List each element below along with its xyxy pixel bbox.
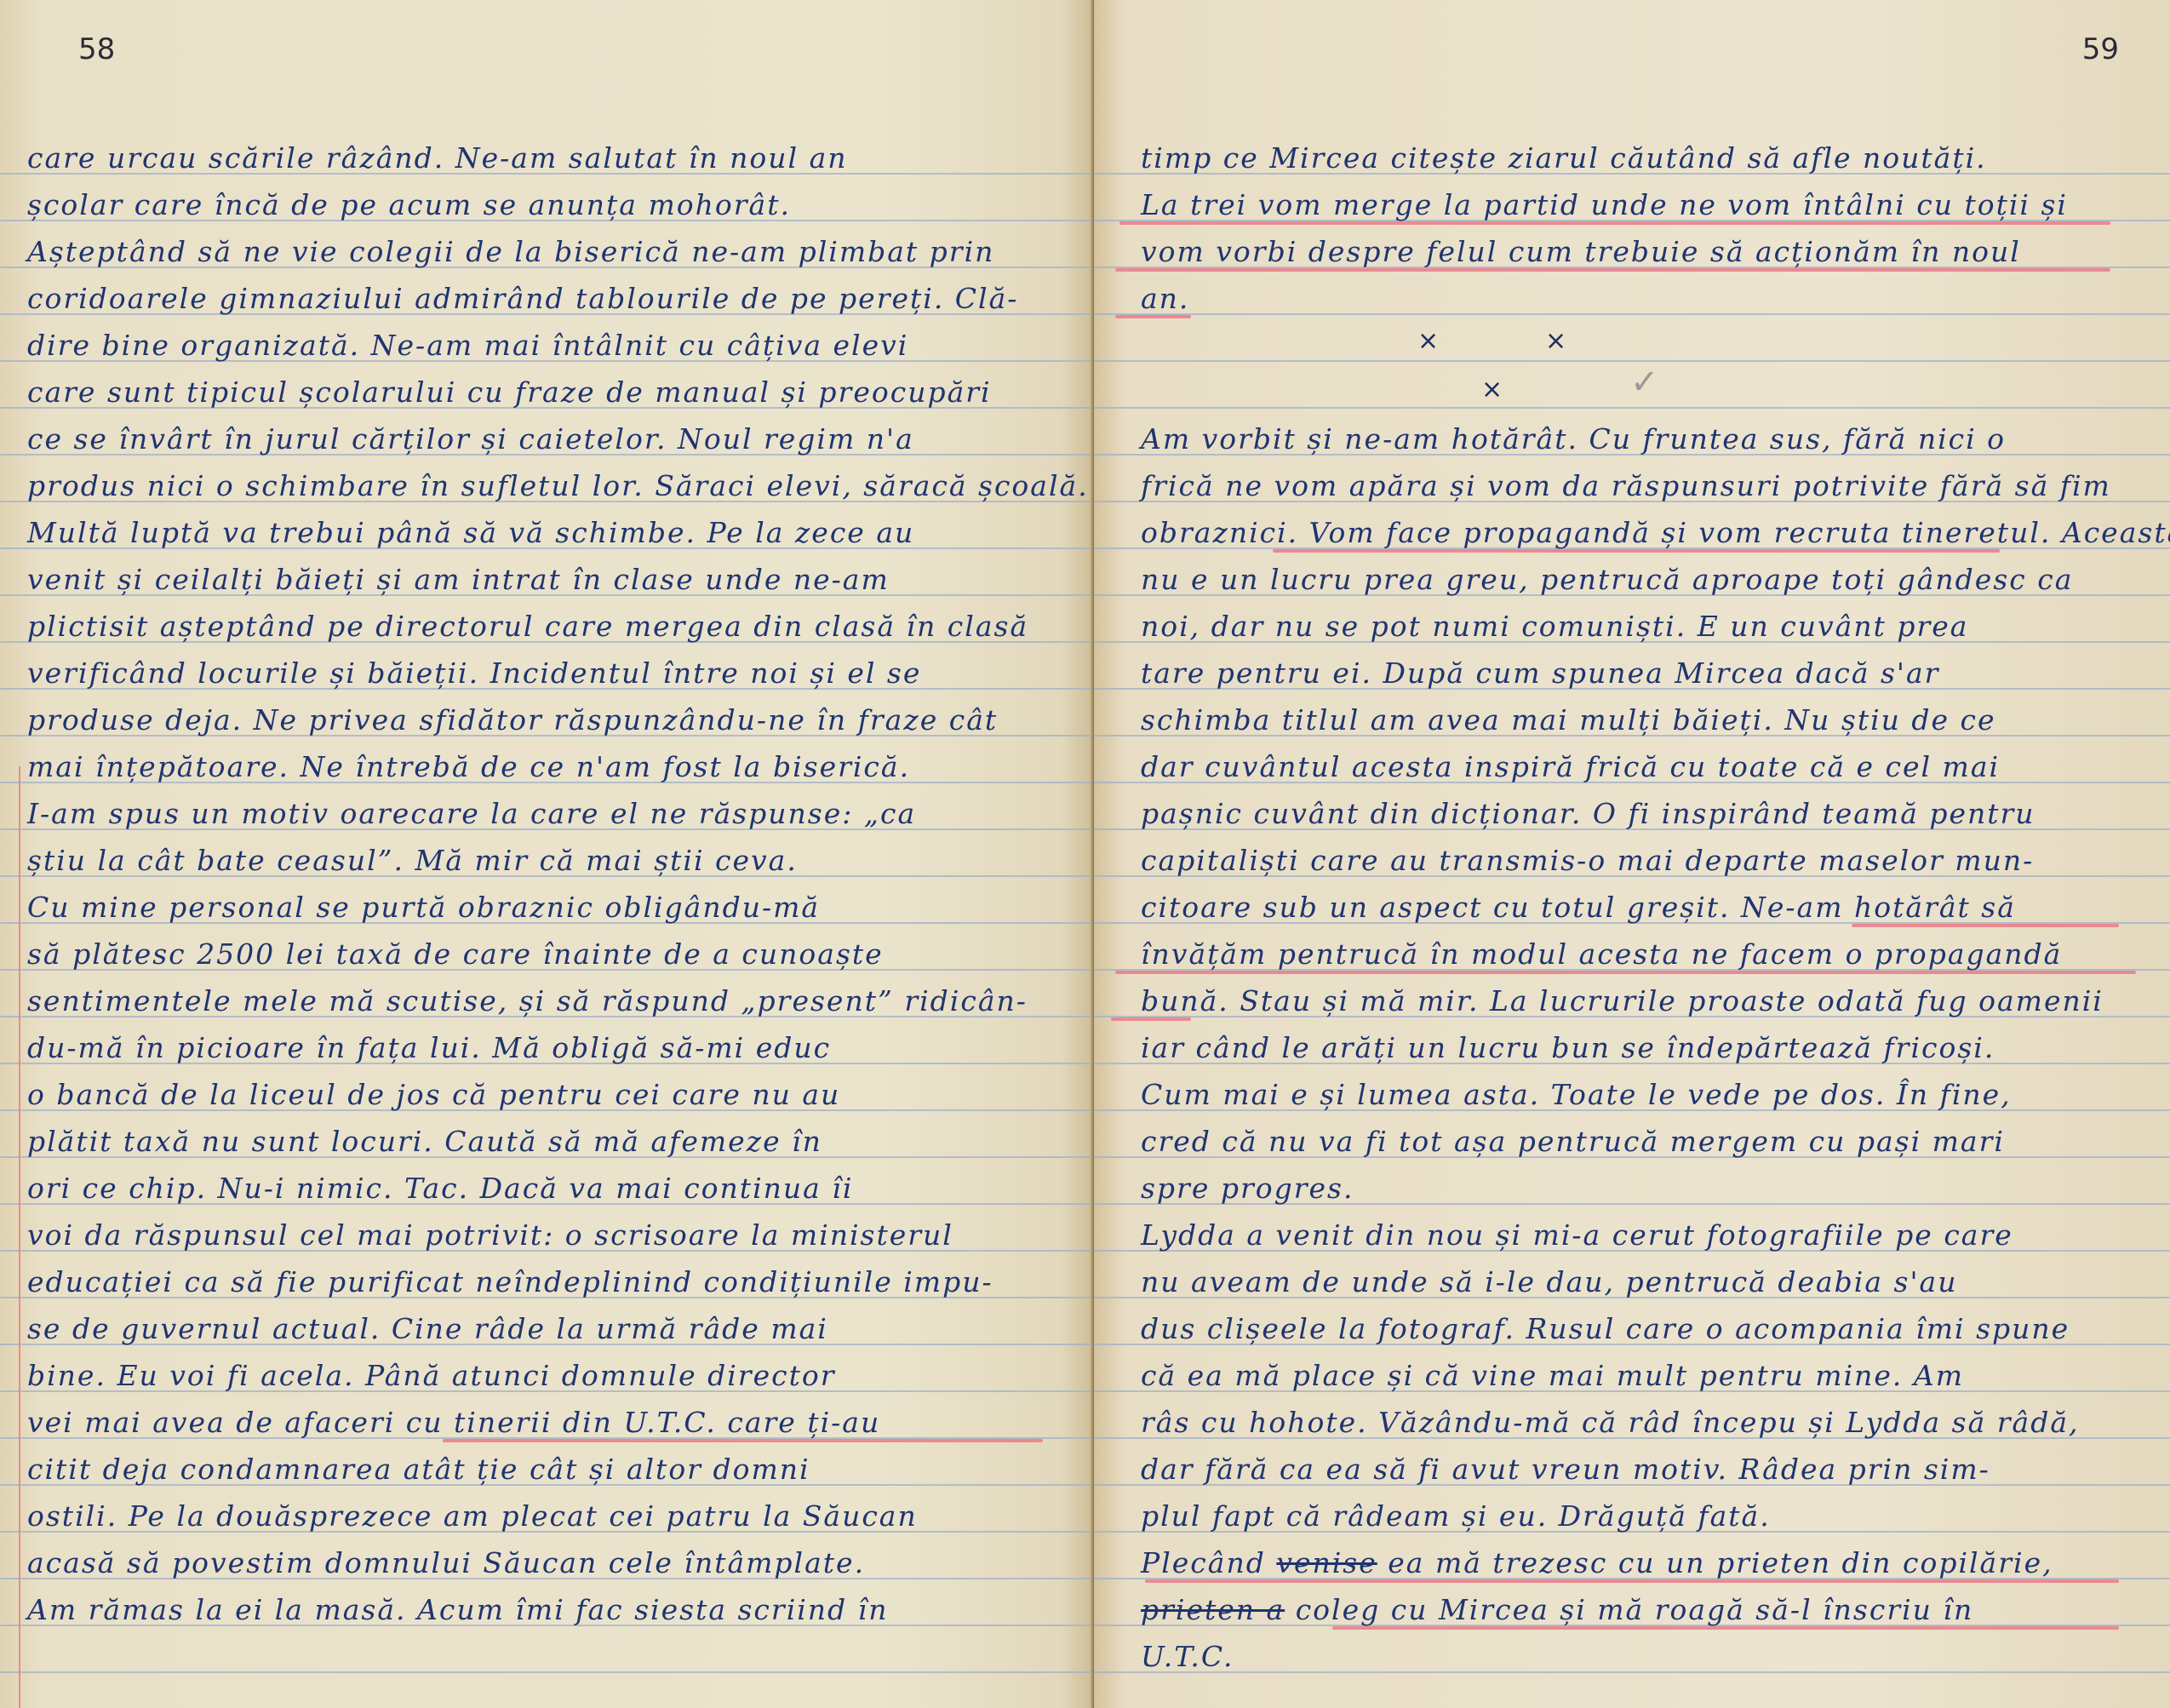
text-line: ori ce chip. Nu-i nimic. Tac. Dacă va ma… (0, 1165, 1094, 1212)
text-line: Cum mai e și lumea asta. Toate le vede p… (1094, 1071, 2170, 1118)
text-line: verificând locurile și băieții. Incident… (0, 650, 1094, 696)
text-line: Multă luptă va trebui până să vă schimbe… (0, 509, 1094, 556)
text-line: cred că nu va fi tot așa pentrucă mergem… (1094, 1118, 2170, 1165)
text-line: schimba titlul am avea mai mulți băieți.… (1094, 696, 2170, 743)
text-line: frică ne vom apăra și vom da răspunsuri … (1094, 462, 2170, 509)
text-line-underlined: Plecând venise ea mă trezesc cu un priet… (1094, 1539, 2170, 1586)
text-line: plul fapt că râdeam și eu. Drăguță fată. (1094, 1493, 2170, 1539)
page-number: 58 (78, 32, 115, 66)
text-line: capitaliști care au transmis-o mai depar… (1094, 837, 2170, 884)
text-line: Cu mine personal se purtă obraznic oblig… (0, 884, 1094, 931)
text-fragment: coleg cu Mircea și mă roagă să-l înscriu… (1296, 1593, 1974, 1626)
left-page: 58 care urcau scările râzând. Ne-am salu… (0, 0, 1094, 1708)
right-page: 59 timp ce Mircea citește ziarul căutând… (1094, 0, 2170, 1708)
section-break: × × × ✓ (1094, 322, 2170, 416)
text-line: tare pentru ei. După cum spunea Mircea d… (1094, 650, 2170, 696)
text-line: sentimentele mele mă scutise, și să răsp… (0, 977, 1094, 1024)
text-line: râs cu hohote. Văzându-mă că râd începu … (1094, 1399, 2170, 1446)
cross-mark-icon: × (1481, 375, 1503, 404)
text-line: noi, dar nu se pot numi comuniști. E un … (1094, 603, 2170, 650)
text-line: care sunt tipicul școlarului cu fraze de… (0, 369, 1094, 416)
text-line: că ea mă place și că vine mai mult pentr… (1094, 1352, 2170, 1399)
text-line: școlar care încă de pe acum se anunța mo… (0, 181, 1094, 228)
text-line: dar cuvântul acesta inspiră frică cu toa… (1094, 743, 2170, 790)
text-line-underlined: La trei vom merge la partid unde ne vom … (1094, 181, 2170, 228)
cross-mark-icon: × (1417, 326, 1439, 356)
text-line: U.T.C. (1094, 1633, 2170, 1680)
text-line: dus clișeele la fotograf. Rusul care o a… (1094, 1305, 2170, 1352)
text-line: voi da răspunsul cel mai potrivit: o scr… (0, 1212, 1094, 1258)
text-line: timp ce Mircea citește ziarul căutând să… (1094, 135, 2170, 181)
text-line: Am vorbit și ne-am hotărât. Cu fruntea s… (1094, 416, 2170, 462)
text-line: du-mă în picioare în fața lui. Mă obligă… (0, 1024, 1094, 1071)
text-line: care urcau scările râzând. Ne-am salutat… (0, 135, 1094, 181)
text-line-underlined: prieten a coleg cu Mircea și mă roagă să… (1094, 1586, 2170, 1633)
text-line: citit deja condamnarea atât ție cât și a… (0, 1446, 1094, 1493)
text-fragment: Plecând (1141, 1546, 1266, 1579)
text-line: se de guvernul actual. Cine râde la urmă… (0, 1305, 1094, 1352)
check-mark-icon: ✓ (1630, 363, 1659, 402)
left-page-text: care urcau scările râzând. Ne-am salutat… (0, 135, 1094, 1633)
text-line: Lydda a venit din nou și mi-a cerut foto… (1094, 1212, 2170, 1258)
text-line: o bancă de la liceul de jos că pentru ce… (0, 1071, 1094, 1118)
page-number: 59 (2082, 32, 2119, 66)
text-line-underlined: vom vorbi despre felul cum trebuie să ac… (1094, 228, 2170, 275)
text-line: plătit taxă nu sunt locuri. Caută să mă … (0, 1118, 1094, 1165)
text-line: ostili. Pe la douăsprezece am plecat cei… (0, 1493, 1094, 1539)
struck-text: venise (1276, 1546, 1377, 1579)
text-line: nu e un lucru prea greu, pentrucă aproap… (1094, 556, 2170, 603)
text-line: știu la cât bate ceasul”. Mă mir că mai … (0, 837, 1094, 884)
text-line: acasă să povestim domnului Săucan cele î… (0, 1539, 1094, 1586)
text-line-underlined: an. (1094, 275, 2170, 322)
text-line-underlined: învățăm pentrucă în modul acesta ne face… (1094, 931, 2170, 977)
text-line-underlined: vei mai avea de afaceri cu tinerii din U… (0, 1399, 1094, 1446)
text-line: nu aveam de unde să i-le dau, pentrucă d… (1094, 1258, 2170, 1305)
text-line: pașnic cuvânt din dicționar. O fi inspir… (1094, 790, 2170, 837)
text-line: spre progres. (1094, 1165, 2170, 1212)
text-line: produse deja. Ne privea sfidător răspunz… (0, 696, 1094, 743)
text-line-underlined: citoare sub un aspect cu totul greșit. N… (1094, 884, 2170, 931)
text-line: să plătesc 2500 lei taxă de care înainte… (0, 931, 1094, 977)
text-line: dar fără ca ea să fi avut vreun motiv. R… (1094, 1446, 2170, 1493)
text-line: iar când le arăți un lucru bun se îndepă… (1094, 1024, 2170, 1071)
cross-mark-icon: × (1545, 326, 1566, 356)
text-line: ce se învârt în jurul cărților și caiete… (0, 416, 1094, 462)
right-page-text: timp ce Mircea citește ziarul căutând să… (1094, 135, 2170, 1680)
notebook-spread: 58 care urcau scările râzând. Ne-am salu… (0, 0, 2170, 1708)
text-line: plictisit așteptând pe directorul care m… (0, 603, 1094, 650)
text-line: mai înțepătoare. Ne întrebă de ce n'am f… (0, 743, 1094, 790)
text-line: venit și ceilalți băieți și am intrat în… (0, 556, 1094, 603)
text-line-underlined: bună. Stau și mă mir. La lucrurile proas… (1094, 977, 2170, 1024)
text-line: produs nici o schimbare în sufletul lor.… (0, 462, 1094, 509)
text-line: educației ca să fie purificat neîndeplin… (0, 1258, 1094, 1305)
text-line: Am rămas la ei la masă. Acum îmi fac sie… (0, 1586, 1094, 1633)
text-line: I-am spus un motiv oarecare la care el n… (0, 790, 1094, 837)
text-line-underlined: obraznici. Vom face propagandă și vom re… (1094, 509, 2170, 556)
text-fragment: ea mă trezesc cu un prieten din copilări… (1388, 1546, 2053, 1579)
text-line: coridoarele gimnaziului admirând tablour… (0, 275, 1094, 322)
text-line: Așteptând să ne vie colegii de la biseri… (0, 228, 1094, 275)
text-line: bine. Eu voi fi acela. Până atunci domnu… (0, 1352, 1094, 1399)
text-line: dire bine organizată. Ne-am mai întâlnit… (0, 322, 1094, 369)
struck-text: prieten a (1141, 1593, 1285, 1626)
